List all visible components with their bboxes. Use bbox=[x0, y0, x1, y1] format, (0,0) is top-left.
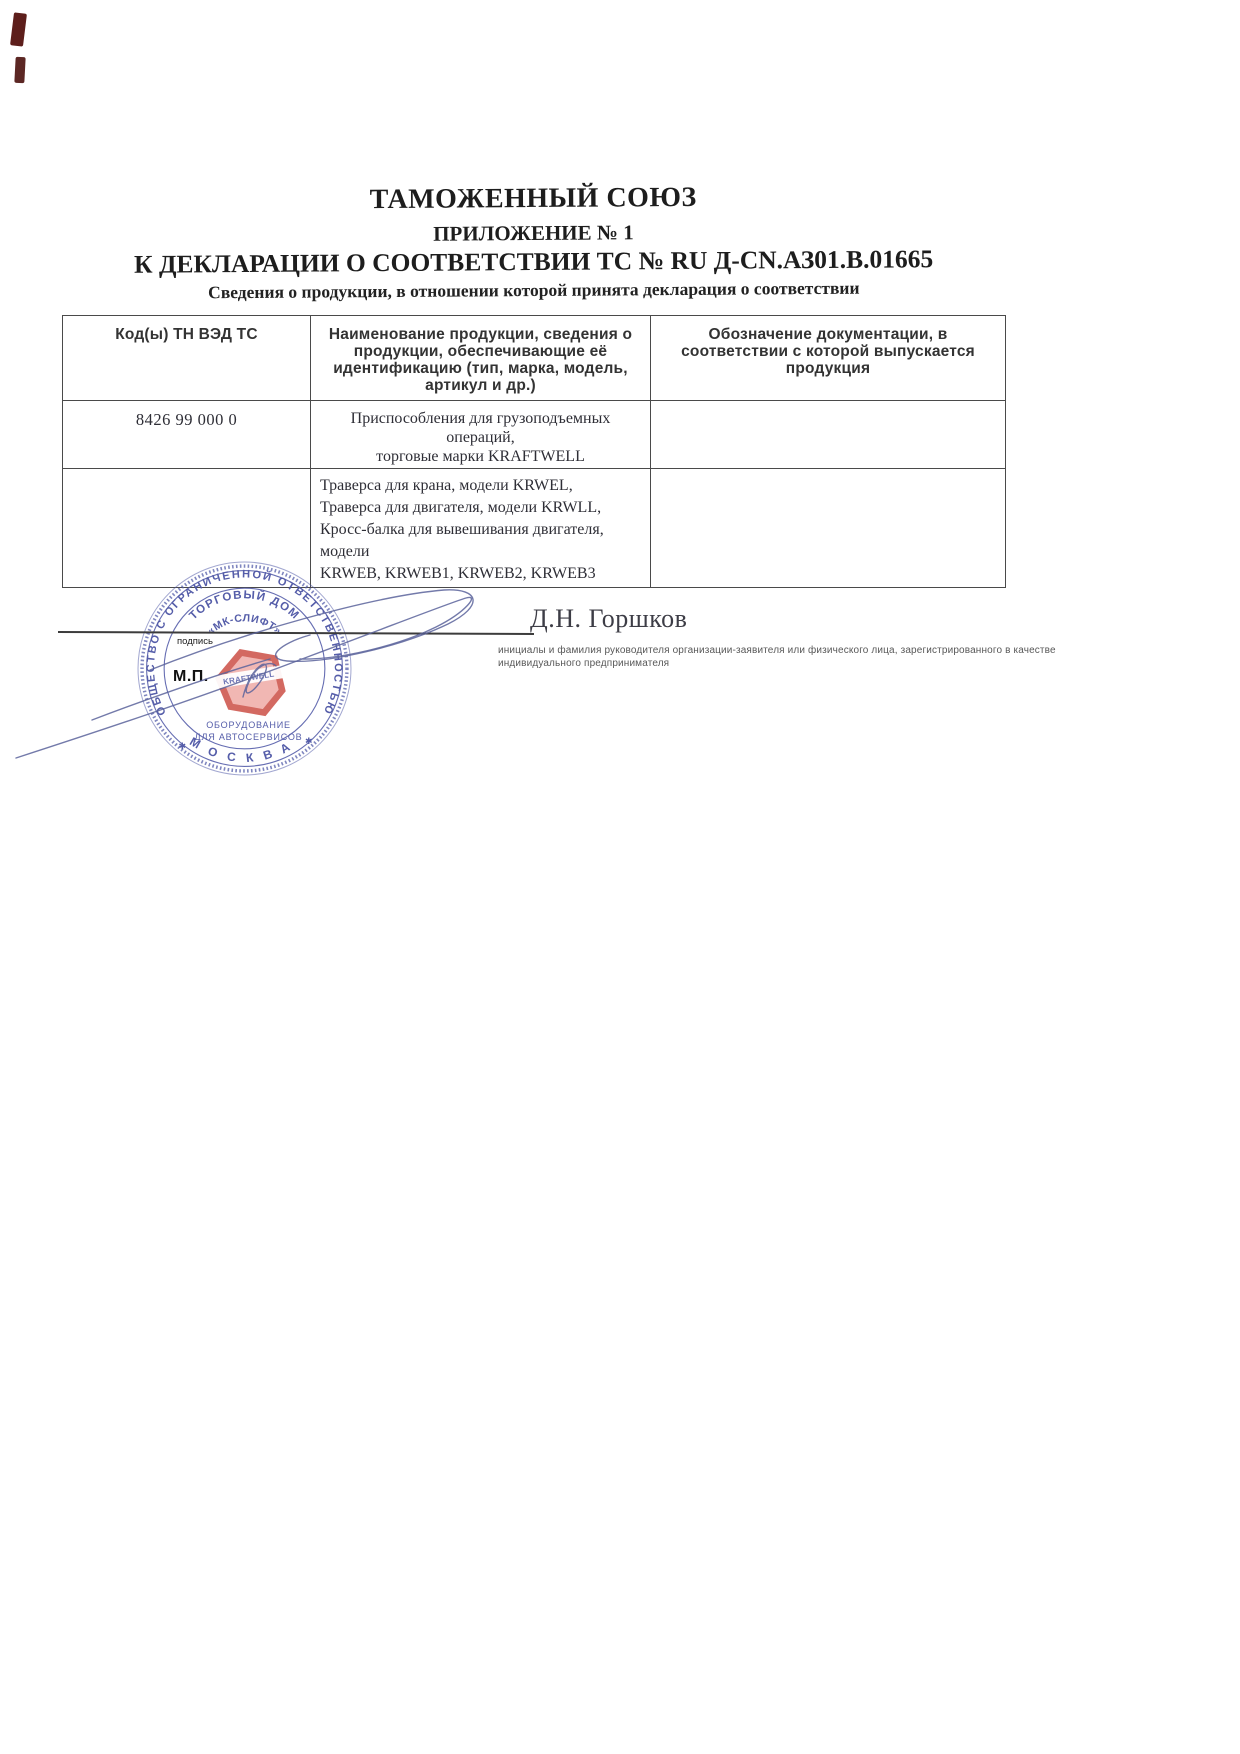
title-customs-union: ТАМОЖЕННЫЙ СОЮЗ bbox=[62, 181, 1005, 218]
handwritten-signature bbox=[0, 552, 570, 782]
title-subtitle: Сведения о продукции, в отношении которо… bbox=[62, 277, 1005, 304]
product-model-line: Траверса для двигателя, модели KRWLL, bbox=[320, 497, 644, 519]
document-heading: ТАМОЖЕННЫЙ СОЮЗ ПРИЛОЖЕНИЕ № 1 К ДЕКЛАРА… bbox=[62, 181, 1006, 304]
header-product-name: Наименование продукции, сведения о проду… bbox=[311, 316, 651, 401]
title-declaration-number: К ДЕКЛАРАЦИИ О СООТВЕТСТВИИ ТС № RU Д-CN… bbox=[62, 245, 1005, 280]
name-caption: инициалы и фамилия руководителя организа… bbox=[498, 645, 1138, 670]
cell-tnved-code: 8426 99 000 0 bbox=[63, 401, 311, 469]
scan-artifact-mark bbox=[14, 57, 25, 83]
product-name-line: торговые марки KRAFTWELL bbox=[321, 447, 640, 466]
table-header-row: Код(ы) ТН ВЭД ТС Наименование продукции,… bbox=[63, 316, 1006, 401]
table-row: 8426 99 000 0 Приспособления для грузопо… bbox=[63, 401, 1006, 469]
product-table: Код(ы) ТН ВЭД ТС Наименование продукции,… bbox=[62, 315, 1006, 588]
name-caption-line: инициалы и фамилия руководителя организа… bbox=[498, 645, 1138, 658]
product-name-line: Приспособления для грузоподъемных операц… bbox=[321, 409, 640, 447]
cell-documentation-empty bbox=[651, 469, 1006, 588]
header-code: Код(ы) ТН ВЭД ТС bbox=[63, 316, 311, 401]
signature-stroke bbox=[16, 597, 471, 758]
scanned-document-page: ТАМОЖЕННЫЙ СОЮЗ ПРИЛОЖЕНИЕ № 1 К ДЕКЛАРА… bbox=[0, 0, 1240, 1754]
signature-stroke bbox=[92, 659, 270, 720]
signature-stroke bbox=[150, 590, 473, 670]
name-caption-line: индивидуального предпринимателя bbox=[498, 658, 1138, 671]
cell-product-name: Приспособления для грузоподъемных операц… bbox=[311, 401, 651, 469]
header-documentation: Обозначение документации, в соответствии… bbox=[651, 316, 1006, 401]
product-model-line: Траверса для крана, модели KRWEL, bbox=[320, 475, 644, 497]
scan-artifact-mark bbox=[10, 12, 27, 46]
cell-documentation-empty bbox=[651, 401, 1006, 469]
signature-stroke bbox=[243, 664, 276, 697]
